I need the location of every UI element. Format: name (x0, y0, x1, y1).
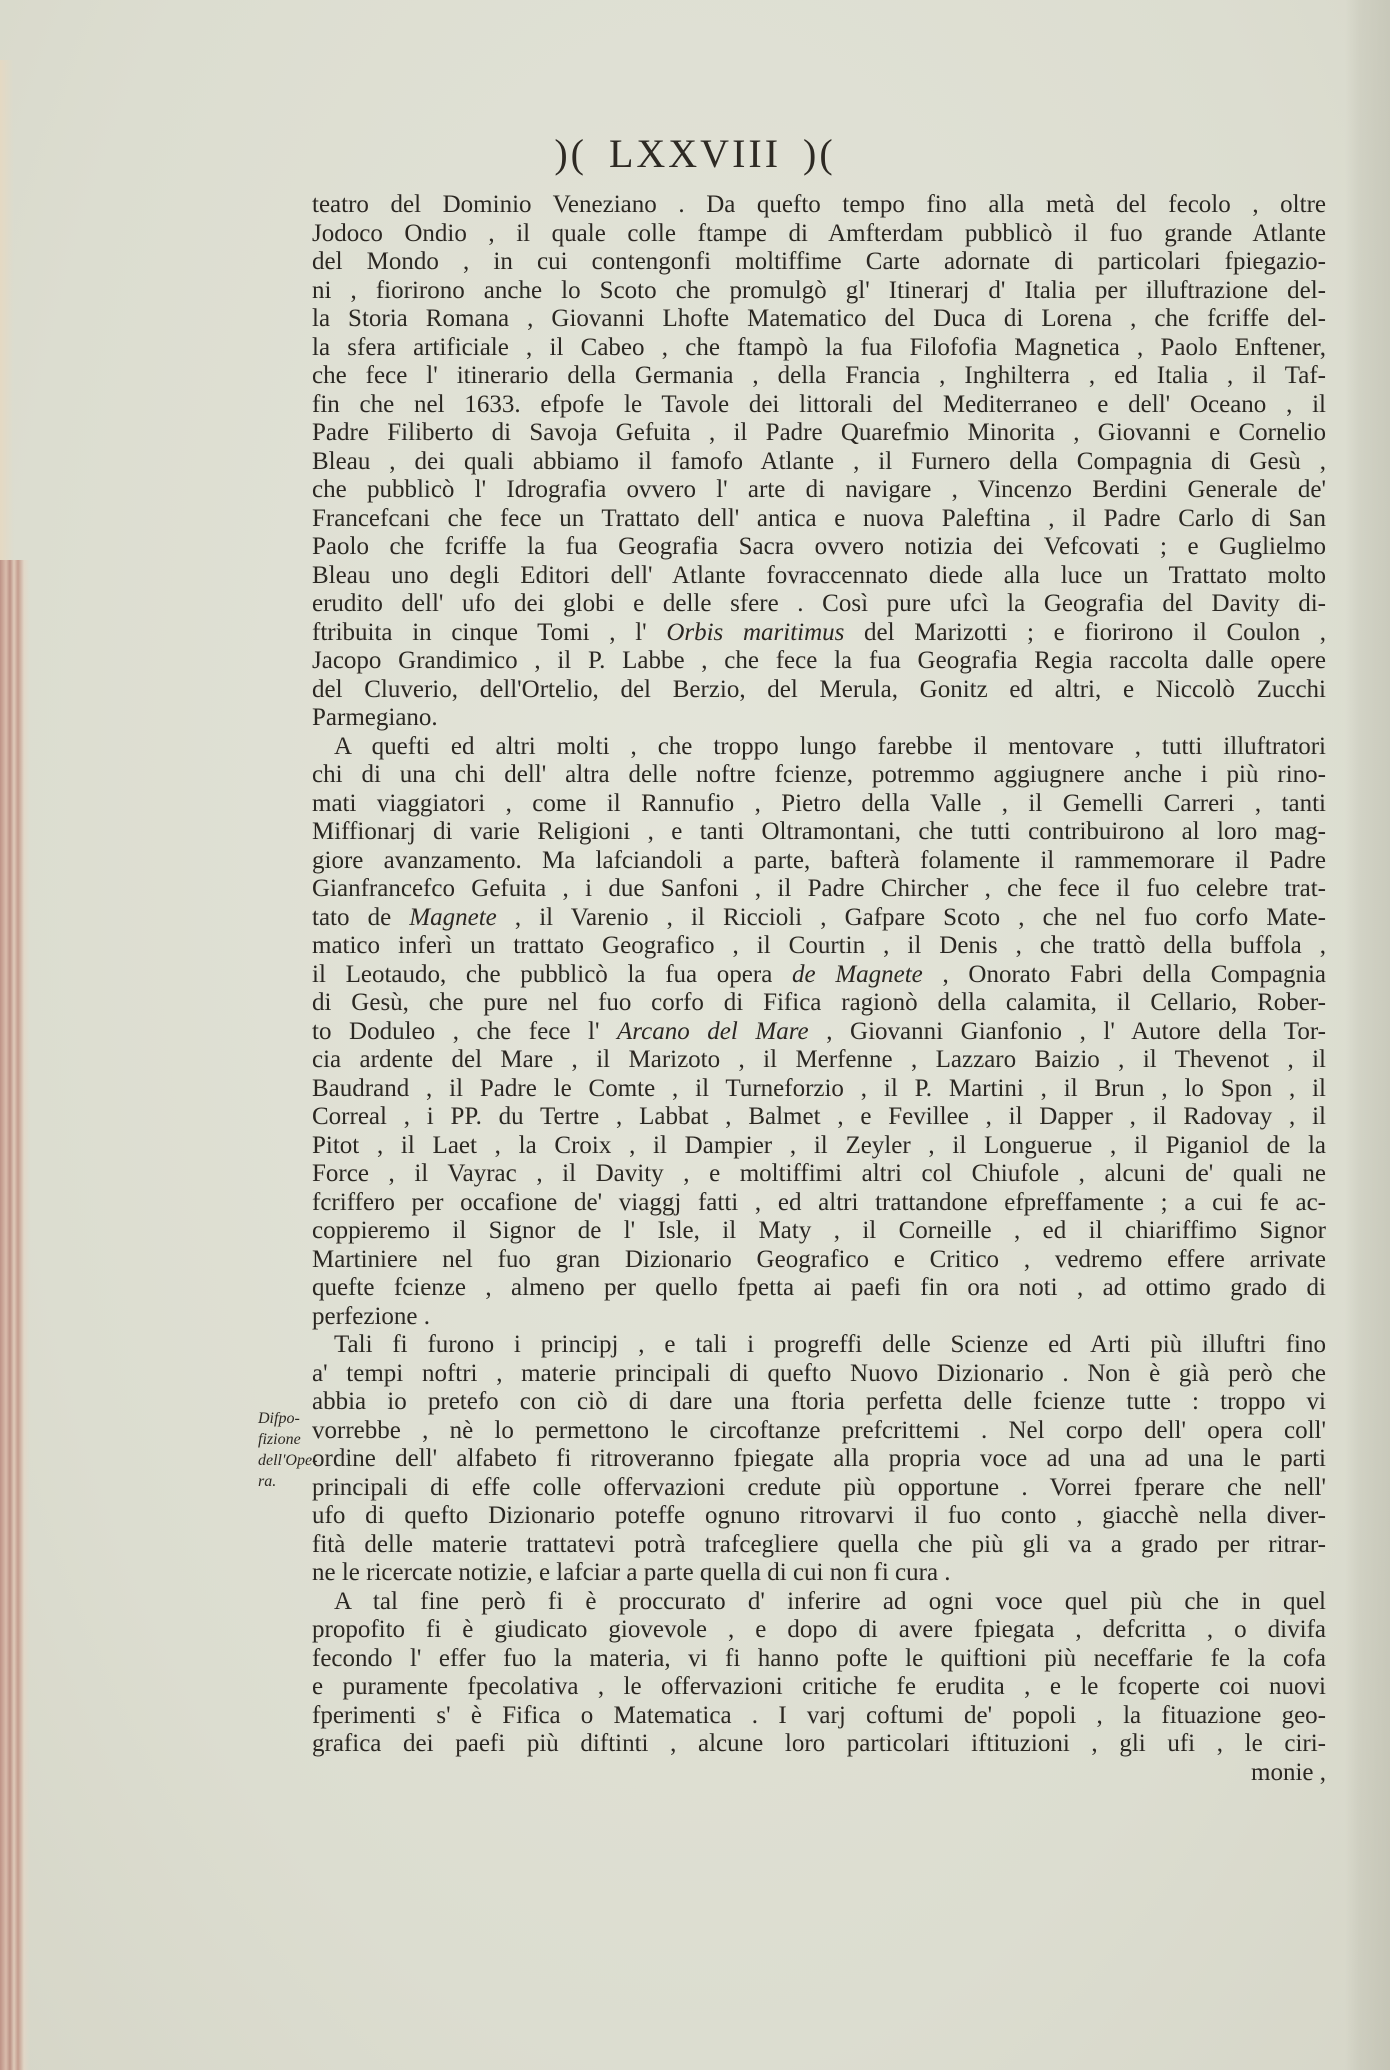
text-segment: , Onorato Fabri della Compagnia (923, 961, 1326, 988)
marginal-note-line: fizione (258, 1429, 318, 1450)
text-line: cia ardente del Mare , il Marizoto , il … (312, 1046, 1326, 1075)
text-line: a' tempi noftri , materie principali di … (312, 1360, 1326, 1389)
text-line: erudito dell' ufo dei globi e delle sfer… (312, 590, 1326, 619)
text-line: Pitot , il Laet , la Croix , il Dampier … (312, 1132, 1326, 1161)
text-line: ftribuita in cinque Tomi , l' Orbis mari… (312, 619, 1326, 648)
text-line: che pubblicò l' Idrografia ovvero l' art… (312, 476, 1326, 505)
body-text: teatro del Dominio Veneziano . Da quefto… (312, 191, 1326, 1787)
text-line: fperimenti s' è Fifica o Matematica . I … (312, 1702, 1326, 1731)
text-line: vorrebbe , nè lo permettono le circoftan… (312, 1417, 1326, 1446)
marginal-note-line: Difpo- (258, 1408, 318, 1429)
text-segment: , il Varenio , il Riccioli , Gafpare Sco… (497, 904, 1326, 931)
text-line: ni , fiorirono anche lo Scoto che promul… (312, 277, 1326, 306)
text-line: quefte fcienze , almeno per quello fpett… (312, 1274, 1326, 1303)
text-line: Bleau , dei quali abbiamo il famofo Atla… (312, 448, 1326, 477)
text-line: che fece l' itinerario della Germania , … (312, 362, 1326, 391)
text-line: chi di una chi dell' altra delle noftre … (312, 761, 1326, 790)
page-numeral: LXXVIII (609, 131, 781, 176)
marginal-note: Difpo-fizionedell'Ope-ra. (258, 1408, 318, 1492)
text-line: fcriffero per occafione de' viaggj fatti… (312, 1189, 1326, 1218)
text-line: Force , il Vayrac , il Davity , e moltif… (312, 1160, 1326, 1189)
text-line: perfezione . (312, 1303, 1326, 1332)
text-segment: tato de (312, 904, 409, 931)
book-page: )(LXXVIII)( Difpo-fizionedell'Ope-ra. te… (0, 0, 1390, 2070)
text-line: Paolo che fcriffe la fua Geografia Sacra… (312, 533, 1326, 562)
text-line: Bleau uno degli Editori dell' Atlante fo… (312, 562, 1326, 591)
text-line: Parmegiano. (312, 704, 1326, 733)
text-line: abbia io pretefo con ciò di dare una fto… (312, 1388, 1326, 1417)
page-edge-binding (0, 560, 30, 2070)
italic-title: Arcano del Mare (617, 1018, 809, 1045)
text-line: Jacopo Grandimico , il P. Labbe , che fe… (312, 647, 1326, 676)
text-line: Jodoco Ondio , il quale colle ftampe di … (312, 220, 1326, 249)
ornament-right-icon: )( (803, 131, 836, 176)
text-line: Martiniere nel fuo gran Dizionario Geogr… (312, 1246, 1326, 1275)
marginal-note-line: ra. (258, 1471, 318, 1492)
text-segment: , Giovanni Gianfonio , l' Autore della T… (809, 1018, 1326, 1045)
text-segment: ftribuita in cinque Tomi , l' (312, 619, 666, 646)
text-line: matico inferì un trattato Geografico , i… (312, 932, 1326, 961)
text-line: mati viaggiatori , come il Rannufio , Pi… (312, 790, 1326, 819)
text-line: monie , (312, 1759, 1326, 1788)
text-line: coppieremo il Signor de l' Isle, il Maty… (312, 1217, 1326, 1246)
text-line: to Doduleo , che fece l' Arcano del Mare… (312, 1018, 1326, 1047)
text-line: la sfera artificiale , il Cabeo , che ft… (312, 334, 1326, 363)
text-line: ufo di quefto Dizionario poteffe ognuno … (312, 1502, 1326, 1531)
text-line: fità delle materie trattatevi potrà traf… (312, 1531, 1326, 1560)
text-line: Baudrand , il Padre le Comte , il Turnef… (312, 1075, 1326, 1104)
text-line: ordine dell' alfabeto fi ritroveranno fp… (312, 1445, 1326, 1474)
text-line: Francefcani che fece un Trattato dell' a… (312, 505, 1326, 534)
text-line: Gianfrancefco Gefuita , i due Sanfoni , … (312, 875, 1326, 904)
italic-title: Magnete (409, 904, 496, 931)
text-segment: del Marizotti ; e fiorirono il Coulon , (844, 619, 1326, 646)
text-line: grafica dei paefi più diftinti , alcune … (312, 1730, 1326, 1759)
page-number-header: )(LXXVIII)( (0, 130, 1390, 177)
ornament-left-icon: )( (554, 131, 587, 176)
text-line: teatro del Dominio Veneziano . Da quefto… (312, 191, 1326, 220)
text-segment: to Doduleo , che fece l' (312, 1018, 617, 1045)
text-line: fecondo l' effer fuo la materia, vi fi h… (312, 1645, 1326, 1674)
text-line: ne le ricercate notizie, e lafciar a par… (312, 1559, 1326, 1588)
text-line: il Leotaudo, che pubblicò la fua opera d… (312, 961, 1326, 990)
text-line: e puramente fpecolativa , le offervazion… (312, 1673, 1326, 1702)
text-line: tato de Magnete , il Varenio , il Riccio… (312, 904, 1326, 933)
text-line: Padre Filiberto di Savoja Gefuita , il P… (312, 419, 1326, 448)
marginal-note-line: dell'Ope- (258, 1450, 318, 1471)
text-line: A tal fine però fi è proccurato d' infer… (312, 1588, 1326, 1617)
text-segment: il Leotaudo, che pubblicò la fua opera (312, 961, 792, 988)
text-line: principali di effe colle offervazioni cr… (312, 1474, 1326, 1503)
italic-title: de Magnete (792, 961, 923, 988)
text-line: Miffionarj di varie Religioni , e tanti … (312, 818, 1326, 847)
text-line: Tali fi furono i principj , e tali i pro… (312, 1331, 1326, 1360)
text-line: fin che nel 1633. efpofe le Tavole dei l… (312, 391, 1326, 420)
text-line: del Cluverio, dell'Ortelio, del Berzio, … (312, 676, 1326, 705)
text-line: giore avanzamento. Ma lafciandoli a part… (312, 847, 1326, 876)
italic-title: Orbis maritimus (666, 619, 844, 646)
text-line: A quefti ed altri molti , che troppo lun… (312, 733, 1326, 762)
text-line: propofito fi è giudicato giovevole , e d… (312, 1616, 1326, 1645)
text-line: Correal , i PP. du Tertre , Labbat , Bal… (312, 1103, 1326, 1132)
text-line: la Storia Romana , Giovanni Lhofte Matem… (312, 305, 1326, 334)
text-line: di Gesù, che pure nel fuo corfo di Fific… (312, 989, 1326, 1018)
text-line: del Mondo , in cui contengonfi moltiffim… (312, 248, 1326, 277)
